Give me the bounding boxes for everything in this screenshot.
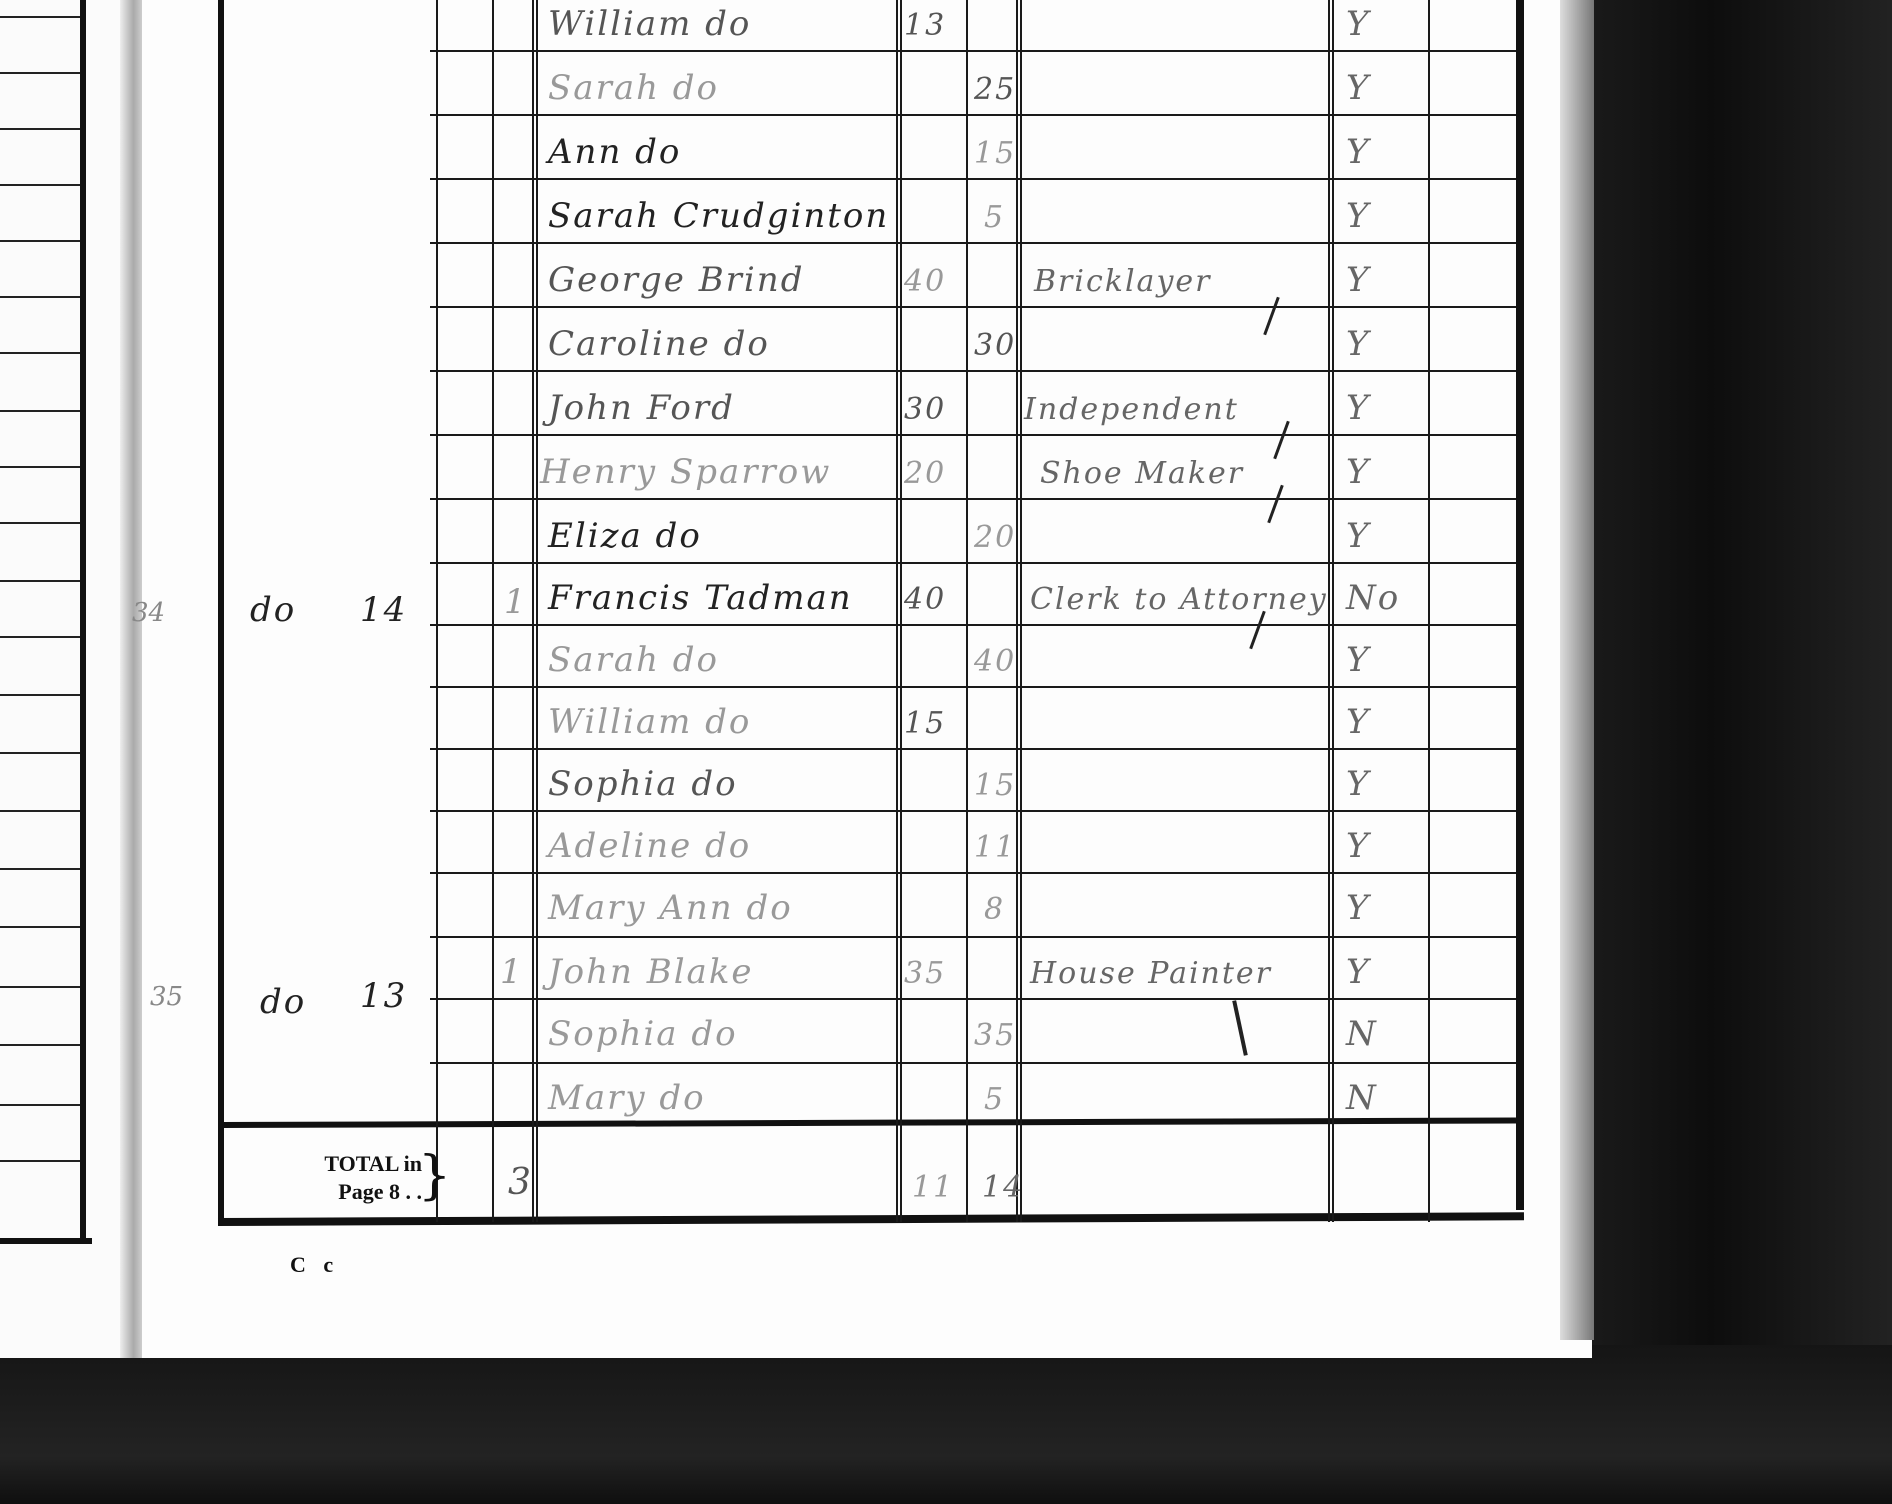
ruled-line xyxy=(0,1160,80,1162)
row-rule xyxy=(430,748,1516,750)
age-female: 30 xyxy=(974,328,1016,363)
column-rule xyxy=(1328,0,1334,1222)
person-name: George Brind xyxy=(548,260,804,300)
ruled-line xyxy=(0,752,80,754)
ruled-line xyxy=(0,868,80,870)
person-name: John Blake xyxy=(548,952,754,992)
page-border xyxy=(0,1238,92,1244)
ruled-line xyxy=(0,636,80,638)
born-in-county: No xyxy=(1346,578,1400,618)
person-name: Francis Tadman xyxy=(548,578,853,618)
born-in-county: Y xyxy=(1346,4,1370,44)
born-in-county: N xyxy=(1346,1078,1378,1118)
ruled-line xyxy=(0,352,80,354)
age-male: 40 xyxy=(904,582,946,617)
ruled-line xyxy=(0,926,80,928)
age-male: 35 xyxy=(904,956,946,991)
ruled-line xyxy=(0,410,80,412)
age-male: 30 xyxy=(904,392,946,427)
ruled-line xyxy=(0,184,80,186)
totals-label-line2: Page 8 . . xyxy=(262,1178,422,1206)
age-female: 8 xyxy=(984,892,1005,927)
ruled-line xyxy=(0,1044,80,1046)
born-in-county: Y xyxy=(1346,196,1370,236)
row-rule xyxy=(430,998,1516,1000)
occupation: Bricklayer xyxy=(1034,264,1212,299)
person-name: Sarah do xyxy=(548,640,719,680)
person-name: Mary do xyxy=(548,1078,706,1118)
person-name: Eliza do xyxy=(548,516,702,556)
ruled-line xyxy=(0,240,80,242)
column-rule xyxy=(436,0,438,1222)
table-border-right xyxy=(1516,0,1524,1210)
page-edge-shadow xyxy=(1560,0,1594,1340)
person-name: Henry Sparrow xyxy=(540,452,831,492)
row-rule xyxy=(430,872,1516,874)
born-in-county: Y xyxy=(1346,702,1370,742)
page-signature-mark: C c xyxy=(290,1252,339,1278)
age-female: 5 xyxy=(984,1082,1005,1117)
person-name: Sarah do xyxy=(548,68,719,108)
page-border xyxy=(80,0,86,1240)
person-name: Sarah Crudginton xyxy=(548,196,889,236)
age-female: 15 xyxy=(974,768,1016,803)
age-female: 35 xyxy=(974,1018,1016,1053)
age-female: 25 xyxy=(974,72,1016,107)
row-rule xyxy=(430,434,1516,436)
house-number: 14 xyxy=(360,590,407,630)
born-in-county: Y xyxy=(1346,952,1370,992)
row-rule xyxy=(430,306,1516,308)
place-entry: do xyxy=(250,590,296,630)
row-rule xyxy=(430,810,1516,812)
person-name: Mary Ann do xyxy=(548,888,793,928)
row-rule xyxy=(430,624,1516,626)
row-rule xyxy=(430,936,1516,938)
age-female: 20 xyxy=(974,520,1016,555)
born-in-county: Y xyxy=(1346,452,1370,492)
total-males: 11 xyxy=(912,1170,954,1205)
place-entry: do xyxy=(260,982,306,1022)
column-rule xyxy=(1428,0,1430,1222)
born-in-county: Y xyxy=(1346,888,1370,928)
table-border-left xyxy=(218,0,224,1225)
born-in-county: Y xyxy=(1346,132,1370,172)
totals-label: TOTAL in Page 8 . . xyxy=(262,1150,422,1206)
houses-inhabited: 1 xyxy=(500,952,524,992)
row-rule xyxy=(430,178,1516,180)
person-name: John Ford xyxy=(548,388,735,428)
ruled-line xyxy=(0,16,80,18)
born-in-county: Y xyxy=(1346,388,1370,428)
row-rule xyxy=(430,114,1516,116)
occupation: Clerk to Attorney xyxy=(1030,582,1328,617)
born-in-county: Y xyxy=(1346,324,1370,364)
person-name: Sophia do xyxy=(548,764,738,804)
row-rule xyxy=(430,498,1516,500)
column-rule xyxy=(966,0,968,1222)
occupation: House Painter xyxy=(1030,956,1272,991)
age-female: 5 xyxy=(984,200,1005,235)
background-right xyxy=(1590,0,1892,1504)
row-rule xyxy=(430,686,1516,688)
background-bottom xyxy=(0,1345,1892,1504)
brace-glyph: } xyxy=(418,1148,451,1204)
ruled-line xyxy=(0,466,80,468)
ruled-line xyxy=(0,72,80,74)
age-female: 15 xyxy=(974,136,1016,171)
houses-inhabited: 1 xyxy=(504,582,528,622)
person-name: Adeline do xyxy=(548,826,751,866)
age-male: 15 xyxy=(904,706,946,741)
total-females: 14 xyxy=(982,1170,1024,1205)
person-name: William do xyxy=(548,4,751,44)
ruled-line xyxy=(0,986,80,988)
ruled-line xyxy=(0,128,80,130)
schedule-number: 34 xyxy=(132,598,165,628)
house-number: 13 xyxy=(360,976,407,1016)
ruled-line xyxy=(0,810,80,812)
born-in-county: N xyxy=(1346,1014,1378,1054)
occupation: Shoe Maker xyxy=(1040,456,1244,491)
column-rule xyxy=(492,0,494,1222)
occupation: Independent xyxy=(1024,392,1239,427)
ruled-line xyxy=(0,694,80,696)
person-name: Sophia do xyxy=(548,1014,738,1054)
row-rule xyxy=(430,242,1516,244)
column-rule xyxy=(1016,0,1022,1222)
row-rule xyxy=(430,50,1516,52)
person-name: Ann do xyxy=(548,132,681,172)
person-name: William do xyxy=(548,702,751,742)
age-female: 11 xyxy=(974,830,1016,865)
age-male: 20 xyxy=(904,456,946,491)
age-male: 13 xyxy=(904,8,946,43)
row-rule xyxy=(430,562,1516,564)
born-in-county: Y xyxy=(1346,68,1370,108)
row-rule xyxy=(430,1062,1516,1064)
born-in-county: Y xyxy=(1346,826,1370,866)
person-name: Caroline do xyxy=(548,324,770,364)
born-in-county: Y xyxy=(1346,640,1370,680)
ruled-line xyxy=(0,296,80,298)
age-male: 40 xyxy=(904,264,946,299)
ruled-line xyxy=(0,1104,80,1106)
born-in-county: Y xyxy=(1346,260,1370,300)
age-female: 40 xyxy=(974,644,1016,679)
column-rule xyxy=(532,0,538,1222)
totals-label-line1: TOTAL in xyxy=(262,1150,422,1178)
born-in-county: Y xyxy=(1346,764,1370,804)
ruled-line xyxy=(0,580,80,582)
row-rule xyxy=(430,370,1516,372)
born-in-county: Y xyxy=(1346,516,1370,556)
total-houses-inhabited: 3 xyxy=(508,1162,533,1203)
schedule-number: 35 xyxy=(150,982,183,1012)
previous-page-edge xyxy=(0,0,140,1358)
ruled-line xyxy=(0,522,80,524)
column-rule xyxy=(896,0,902,1222)
